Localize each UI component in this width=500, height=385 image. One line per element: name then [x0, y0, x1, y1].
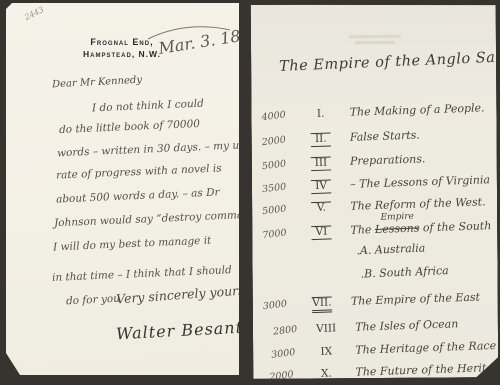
roman-numeral: X.: [316, 368, 336, 380]
word-count: 3500: [262, 180, 299, 195]
roman-numeral: IX: [316, 346, 336, 358]
chapter-title: False Starts.: [350, 128, 420, 143]
closing-phrase: do for you: [66, 293, 121, 308]
word-count: 2000: [261, 133, 298, 148]
pencil-note: 2443: [23, 5, 45, 22]
chapter-title: The Empire of the East: [351, 291, 480, 308]
word-count: 3000: [262, 297, 299, 312]
roman-numeral: III: [311, 156, 331, 170]
list-row: 3000 VII. The Empire of the East: [252, 285, 498, 315]
roman-numeral: IV: [311, 179, 331, 193]
list-page: The Empire of the Anglo Saxon 4000 I. Th…: [251, 3, 499, 379]
chapter-title: Preparations.: [350, 152, 426, 167]
list-row: 2000 X. The Future of the Heritage: [253, 356, 498, 383]
embossed-letterhead: [347, 32, 403, 47]
body-line: rate of progress with a novel is: [56, 162, 222, 181]
salutation: Dear Mr Kennedy: [52, 75, 142, 91]
photo-backdrop: 2443 Frognal End, Hampstead, N.W. Mar. 3…: [0, 0, 500, 385]
body-line: words – written in 30 days. – my usual: [57, 139, 261, 160]
sub-item-label: .B.: [360, 267, 376, 281]
sub-item-label: .A.: [356, 244, 371, 258]
sub-item: .A. Australia: [356, 241, 425, 257]
chapter-title: – The Lessons of Virginia: [350, 173, 490, 191]
roman-numeral: VI: [311, 225, 331, 239]
letter-page: 2443 Frognal End, Hampstead, N.W. Mar. 3…: [6, 3, 239, 375]
chapter-title: The Heritage of the Race: [355, 339, 496, 357]
word-count: 4000: [261, 108, 298, 123]
body-line: I do not think I could: [92, 98, 204, 115]
chapter-title: The Future of the Heritage: [355, 361, 500, 379]
body-line: about 500 words a day. – as Dr: [56, 186, 220, 205]
chapter-title: The EmpireLessons of the South: [350, 219, 491, 237]
roman-numeral: VII.: [312, 296, 333, 312]
word-count: 7000: [262, 226, 299, 241]
list-row: 2800 VIII The Isles of Ocean: [253, 311, 498, 338]
chapter-title: The Reform of the West.: [350, 195, 486, 212]
sub-item-text: South Africa: [379, 264, 449, 280]
chapter-title: The Making of a People.: [349, 101, 484, 118]
word-count: 2000: [269, 368, 304, 383]
roman-numeral: I.: [310, 108, 330, 120]
body-line: Johnson would say “destroy commas”: [54, 209, 254, 230]
signature: Walter Besant: [116, 318, 244, 344]
word-count: 3000: [271, 346, 304, 361]
body-line: in that time – I think that I should: [52, 264, 232, 284]
chapter-title: The Isles of Ocean: [355, 317, 458, 333]
inserted-word: Empire: [380, 212, 414, 223]
struck-word: Lessons: [375, 222, 420, 236]
list-row: 4000 I. The Making of a People.: [251, 96, 496, 123]
roman-numeral: VIII: [316, 323, 336, 335]
closing: Very sincerely yours: [116, 283, 245, 307]
list-row: 7000 VI The EmpireLessons of the South: [252, 214, 498, 242]
sub-item: .B. South Africa: [360, 264, 449, 281]
roman-numeral: II.: [311, 132, 331, 146]
sub-item-text: Australia: [375, 241, 426, 256]
list-row: 2000 II. False Starts.: [251, 121, 497, 149]
list-title: The Empire of the Anglo Saxon: [279, 49, 500, 75]
word-count: 5000: [261, 157, 298, 172]
body-line: do the little book of 70000: [59, 118, 200, 136]
word-count: 5000: [262, 202, 299, 217]
body-line: I will do my best to manage it: [53, 235, 212, 254]
word-count: 2800: [273, 323, 304, 338]
roman-numeral: V.: [311, 201, 331, 214]
